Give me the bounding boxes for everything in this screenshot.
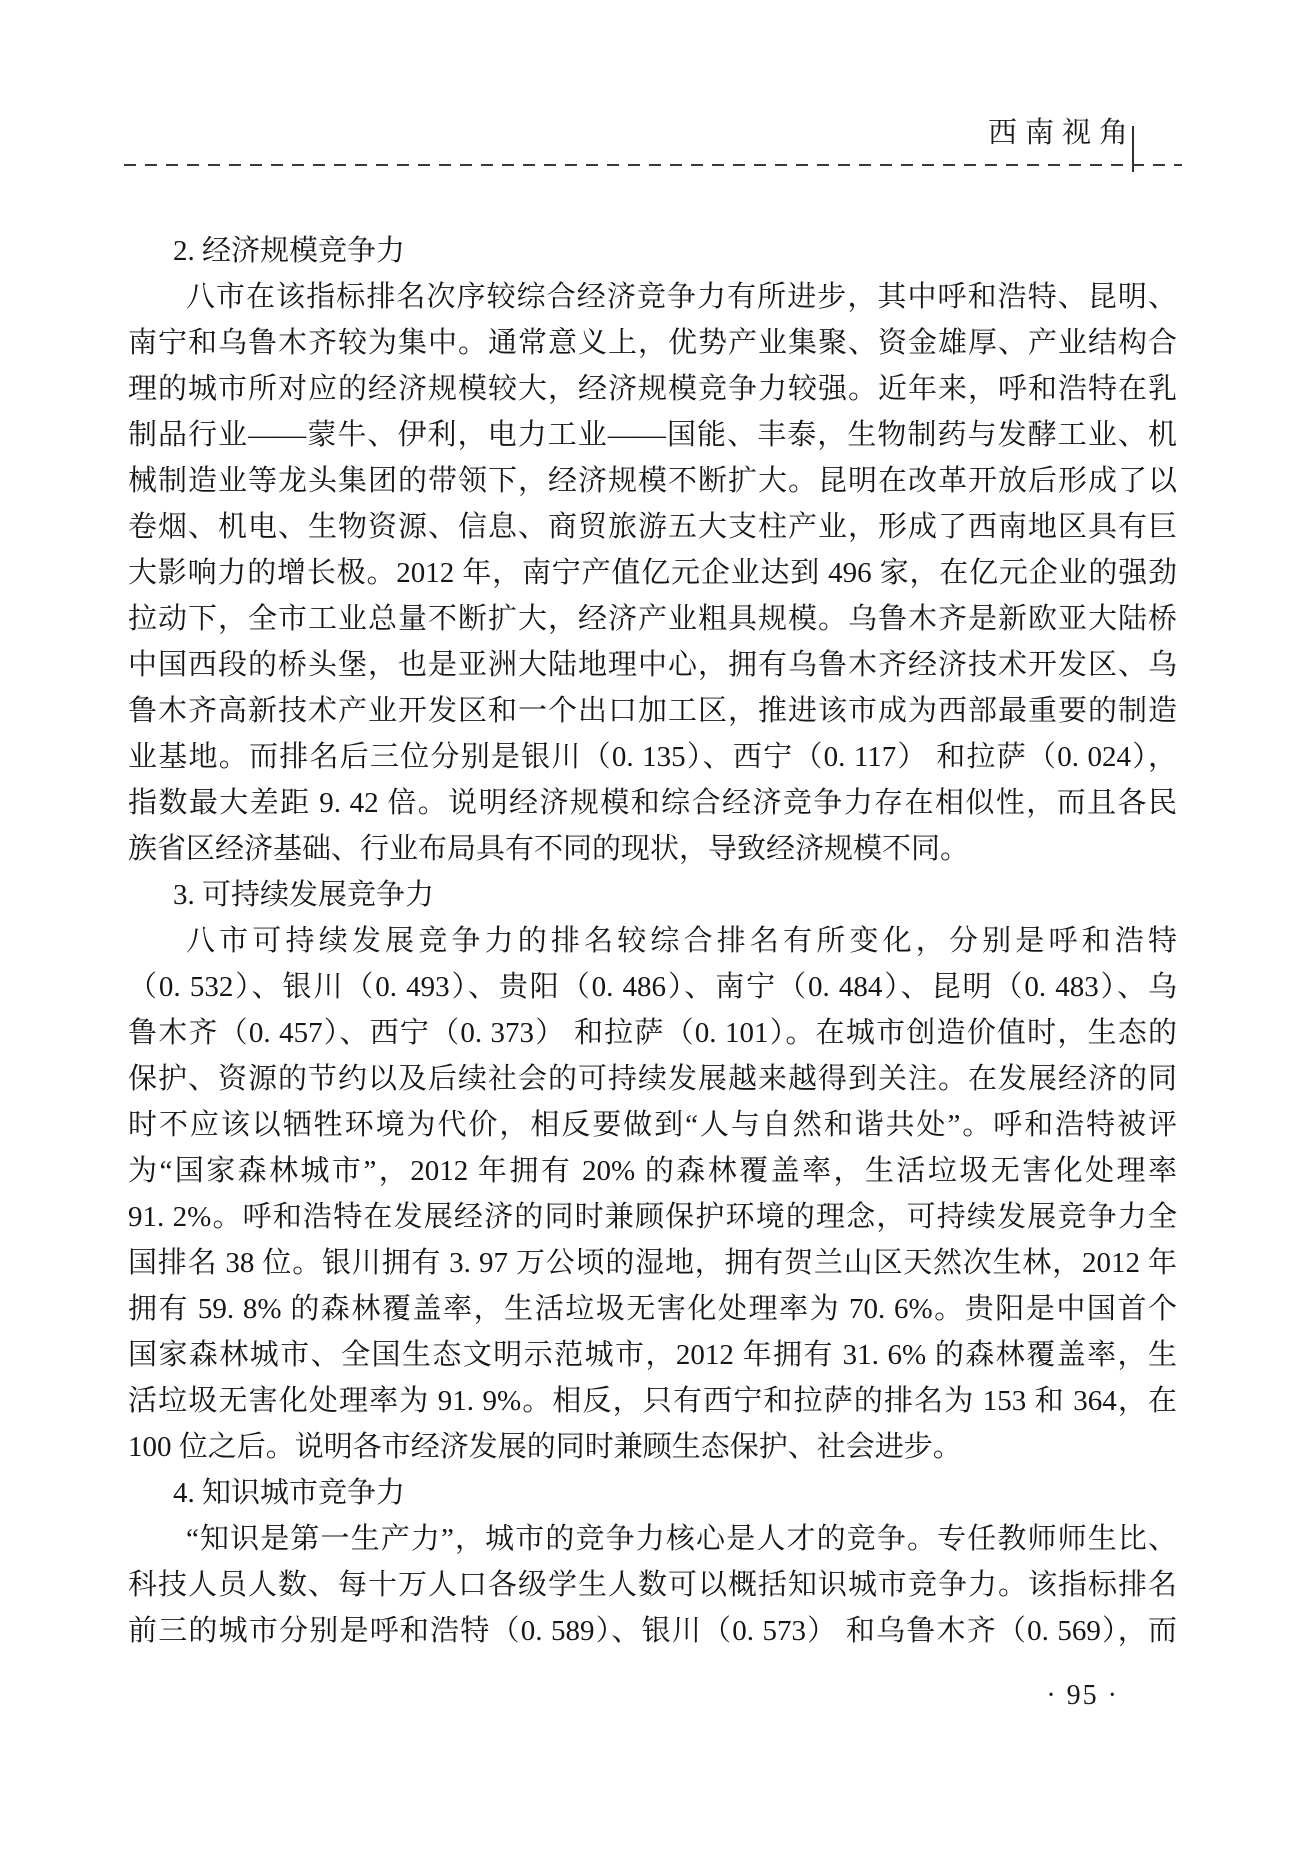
text-line: 时不应该以牺牲环境为代价，相反要做到“人与自然和谐共处”。呼和浩特被评 (128, 1102, 1177, 1148)
body-text: 2. 经济规模竞争力八市在该指标排名次序较综合经济竞争力有所进步，其中呼和浩特、… (128, 228, 1177, 1654)
text-line: （0. 532）、银川（0. 493）、贵阳（0. 486）、南宁（0. 484… (128, 964, 1177, 1010)
text-line: 拥有 59. 8% 的森林覆盖率，生活垃圾无害化处理率为 70. 6%。贵阳是中… (128, 1286, 1177, 1332)
text-line: 拉动下，全市工业总量不断扩大，经济产业粗具规模。乌鲁木齐是新欧亚大陆桥 (128, 596, 1177, 642)
text-line: 南宁和乌鲁木齐较为集中。通常意义上，优势产业集聚、资金雄厚、产业结构合 (128, 320, 1177, 366)
text-line: 八市在该指标排名次序较综合经济竞争力有所进步，其中呼和浩特、昆明、 (128, 274, 1177, 320)
text-line: 科技人员人数、每十万人口各级学生人数可以概括知识城市竞争力。该指标排名 (128, 1562, 1177, 1608)
text-line: 理的城市所对应的经济规模较大，经济规模竞争力较强。近年来，呼和浩特在乳 (128, 366, 1177, 412)
text-line: 大影响力的增长极。2012 年，南宁产值亿元企业达到 496 家，在亿元企业的强… (128, 550, 1177, 596)
text-line: 为“国家森林城市”，2012 年拥有 20% 的森林覆盖率，生活垃圾无害化处理率 (128, 1148, 1177, 1194)
text-line: 国排名 38 位。银川拥有 3. 97 万公顷的湿地，拥有贺兰山区天然次生林，2… (128, 1240, 1177, 1286)
text-line: 100 位之后。说明各市经济发展的同时兼顾生态保护、社会进步。 (128, 1424, 1177, 1470)
section-heading: 2. 经济规模竞争力 (128, 228, 1177, 274)
book-page: 西南视角 2. 经济规模竞争力八市在该指标排名次序较综合经济竞争力有所进步，其中… (0, 0, 1307, 1859)
text-line: 业基地。而排名后三位分别是银川（0. 135）、西宁（0. 117） 和拉萨（0… (128, 734, 1177, 780)
text-line: 活垃圾无害化处理率为 91. 9%。相反，只有西宁和拉萨的排名为 153 和 3… (128, 1378, 1177, 1424)
text-line: 制品行业——蒙牛、伊利，电力工业——国能、丰泰，生物制药与发酵工业、机 (128, 412, 1177, 458)
text-line: 指数最大差距 9. 42 倍。说明经济规模和综合经济竞争力存在相似性，而且各民 (128, 780, 1177, 826)
page-number: · 95 · (1046, 1678, 1119, 1714)
text-line: 91. 2%。呼和浩特在发展经济的同时兼顾保护环境的理念，可持续发展竞争力全 (128, 1194, 1177, 1240)
section-heading: 3. 可持续发展竞争力 (128, 872, 1177, 918)
running-head-dashed-rule (124, 164, 1182, 166)
text-line: 八市可持续发展竞争力的排名较综合排名有所变化，分别是呼和浩特 (128, 918, 1177, 964)
text-line: 鲁木齐高新技术产业开发区和一个出口加工区，推进该市成为西部最重要的制造 (128, 688, 1177, 734)
text-line: 械制造业等龙头集团的带领下，经济规模不断扩大。昆明在改革开放后形成了以 (128, 458, 1177, 504)
text-line: 国家森林城市、全国生态文明示范城市，2012 年拥有 31. 6% 的森林覆盖率… (128, 1332, 1177, 1378)
text-line: “知识是第一生产力”，城市的竞争力核心是人才的竞争。专任教师师生比、 (128, 1516, 1177, 1562)
text-line: 鲁木齐（0. 457）、西宁（0. 373） 和拉萨（0. 101）。在城市创造… (128, 1010, 1177, 1056)
text-line: 保护、资源的节约以及后续社会的可持续发展越来越得到关注。在发展经济的同 (128, 1056, 1177, 1102)
text-line: 卷烟、机电、生物资源、信息、商贸旅游五大支柱产业，形成了西南地区具有巨 (128, 504, 1177, 550)
text-line: 族省区经济基础、行业布局具有不同的现状，导致经济规模不同。 (128, 826, 1177, 872)
text-line: 中国西段的桥头堡，也是亚洲大陆地理中心，拥有乌鲁木齐经济技术开发区、乌 (128, 642, 1177, 688)
running-head-title: 西南视角 (988, 114, 1136, 152)
section-heading: 4. 知识城市竞争力 (128, 1470, 1177, 1516)
text-line: 前三的城市分别是呼和浩特（0. 589）、银川（0. 573） 和乌鲁木齐（0.… (128, 1608, 1177, 1654)
